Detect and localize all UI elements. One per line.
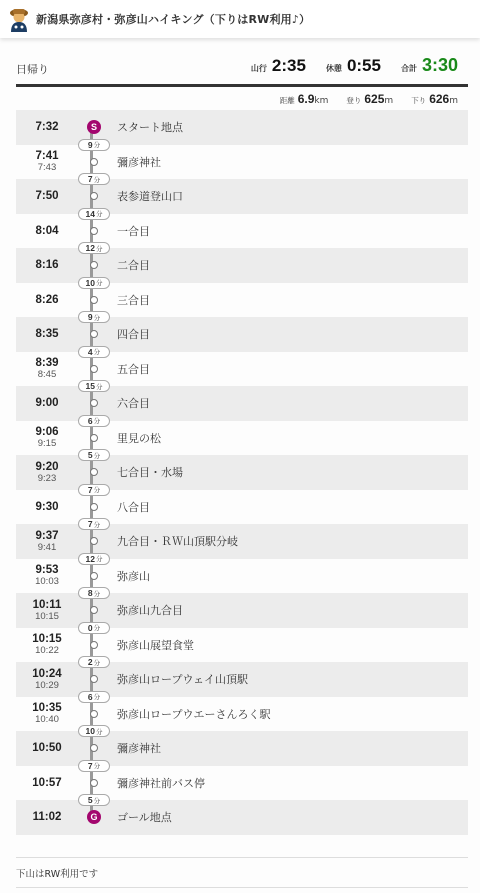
duration-unit: 分 — [94, 347, 101, 356]
ascent-value: 625 — [364, 92, 384, 106]
app-header: 新潟県弥彦村・弥彦山ハイキング（下りはRW利用♪） — [0, 0, 480, 38]
time-column: 9:379:41 — [16, 524, 78, 559]
segment-duration-badge: 15分 — [78, 380, 110, 392]
duration-unit: 分 — [94, 485, 101, 494]
arrival-time: 10:35 — [32, 702, 61, 714]
duration-unit: 分 — [96, 209, 103, 218]
waypoint-node-icon — [90, 261, 98, 269]
waypoint-name: 七合目・水場 — [117, 455, 183, 490]
page-title: 新潟県弥彦村・弥彦山ハイキング（下りはRW利用♪） — [36, 11, 310, 27]
route-stats: 距離 6.9 km 登り 625 m 下り 626 m — [280, 92, 458, 106]
duration-value: 4 — [88, 347, 93, 357]
descent-value: 626 — [429, 92, 449, 106]
waypoint-node-icon — [90, 641, 98, 649]
hiker-avatar-icon[interactable] — [8, 6, 30, 32]
duration-value: 5 — [88, 795, 93, 805]
time-column: 9:30 — [16, 490, 78, 525]
waypoint-node-icon — [90, 779, 98, 787]
arrival-time: 10:24 — [32, 668, 61, 680]
duration-value: 2 — [88, 657, 93, 667]
climb-time-value: 2:35 — [272, 56, 306, 76]
segment-duration-badge: 6分 — [78, 691, 110, 703]
duration-unit: 分 — [94, 520, 101, 529]
waypoint-node-icon — [90, 365, 98, 373]
segment-duration-badge: 2分 — [78, 656, 110, 668]
times-group: 山行 2:35 休憩 0:55 合計 3:30 — [251, 55, 458, 76]
departure-time: 10:15 — [35, 611, 59, 622]
departure-time: 10:40 — [35, 714, 59, 725]
duration-unit: 分 — [94, 761, 101, 770]
rest-time-value: 0:55 — [347, 56, 381, 76]
waypoint-name: 表参道登山口 — [117, 179, 183, 214]
arrival-time: 10:11 — [33, 599, 62, 611]
time-column: 9:209:23 — [16, 455, 78, 490]
duration-unit: 分 — [94, 175, 101, 184]
climb-time-label: 山行 — [251, 63, 267, 74]
waypoint-name: 二合目 — [117, 248, 150, 283]
duration-unit: 分 — [94, 313, 101, 322]
time-column: 8:398:45 — [16, 352, 78, 387]
duration-value: 12 — [86, 554, 95, 564]
time-column: 9:5310:03 — [16, 559, 78, 594]
duration-unit: 分 — [96, 382, 103, 391]
duration-unit: 分 — [94, 416, 101, 425]
segment-duration-badge: 12分 — [78, 553, 110, 565]
arrival-time: 8:39 — [35, 357, 58, 369]
ascent-unit: m — [384, 96, 393, 106]
segment-duration-badge: 10分 — [78, 725, 110, 737]
duration-value: 15 — [86, 381, 95, 391]
departure-time: 9:15 — [38, 438, 57, 449]
time-column: 10:2410:29 — [16, 662, 78, 697]
segment-duration-badge: 7分 — [78, 760, 110, 772]
duration-value: 8 — [88, 588, 93, 598]
arrival-time: 9:20 — [35, 461, 58, 473]
time-column: 9:069:15 — [16, 421, 78, 456]
arrival-time: 10:15 — [32, 633, 61, 645]
segment-duration-badge: 4分 — [78, 346, 110, 358]
arrival-time: 7:32 — [35, 121, 58, 133]
distance-unit: km — [314, 96, 328, 106]
segment-duration-badge: 6分 — [78, 415, 110, 427]
waypoint-name: 彌彦神社前バス停 — [117, 766, 205, 801]
segment-duration-badge: 9分 — [78, 139, 110, 151]
duration-unit: 分 — [96, 554, 103, 563]
waypoint-name: 彌彦神社 — [117, 731, 161, 766]
arrival-time: 7:50 — [35, 190, 58, 202]
segment-duration-badge: 5分 — [78, 449, 110, 461]
segment-duration-badge: 7分 — [78, 518, 110, 530]
waypoint-name: 九合目・ＲＷ山頂駅分岐 — [117, 524, 238, 559]
note-divider-top — [16, 857, 468, 858]
duration-value: 9 — [88, 140, 93, 150]
waypoint-name: 弥彦山九合目 — [117, 593, 183, 628]
arrival-time: 9:37 — [35, 530, 58, 542]
time-column: 8:16 — [16, 248, 78, 283]
time-column: 9:00 — [16, 386, 78, 421]
duration-value: 14 — [86, 209, 95, 219]
start-marker-icon: S — [87, 120, 101, 134]
waypoint-node-icon — [90, 468, 98, 476]
duration-value: 9 — [88, 312, 93, 322]
departure-time: 10:29 — [35, 680, 59, 691]
ascent-label: 登り — [346, 95, 361, 106]
route-timeline: 7:32Sスタート地点9分7:417:43彌彦神社7分7:50表参道登山口14分… — [16, 110, 468, 835]
goal-marker-icon: G — [87, 810, 101, 824]
arrival-time: 10:57 — [32, 777, 61, 789]
waypoint-name: 弥彦山 — [117, 559, 150, 594]
waypoint-node-icon — [90, 710, 98, 718]
waypoint-node-icon — [90, 227, 98, 235]
departure-time: 10:03 — [35, 576, 59, 587]
arrival-time: 8:16 — [35, 259, 58, 271]
segment-duration-badge: 7分 — [78, 484, 110, 496]
duration-unit: 分 — [96, 727, 103, 736]
time-column: 10:1510:22 — [16, 628, 78, 663]
arrival-time: 8:35 — [35, 328, 58, 340]
duration-value: 5 — [88, 450, 93, 460]
waypoint-node-icon — [90, 606, 98, 614]
duration-value: 7 — [88, 174, 93, 184]
total-time-label: 合計 — [401, 63, 417, 74]
duration-value: 12 — [86, 243, 95, 253]
segment-duration-badge: 9分 — [78, 311, 110, 323]
time-column: 8:04 — [16, 214, 78, 249]
distance-value: 6.9 — [298, 92, 315, 106]
duration-value: 7 — [88, 519, 93, 529]
arrival-time: 8:04 — [35, 225, 58, 237]
waypoint-node-icon — [90, 572, 98, 580]
duration-unit: 分 — [96, 278, 103, 287]
arrival-time: 10:50 — [32, 742, 61, 754]
duration-unit: 分 — [94, 692, 101, 701]
descent-unit: m — [449, 96, 458, 106]
waypoint-name: 四合目 — [117, 317, 150, 352]
duration-value: 7 — [88, 485, 93, 495]
waypoint-node-icon — [90, 192, 98, 200]
departure-time: 9:23 — [38, 473, 57, 484]
departure-time: 8:45 — [38, 369, 57, 380]
duration-unit: 分 — [94, 451, 101, 460]
segment-duration-badge: 12分 — [78, 242, 110, 254]
total-time-value: 3:30 — [422, 55, 458, 76]
waypoint-node-icon — [90, 434, 98, 442]
time-column: 8:35 — [16, 317, 78, 352]
time-column: 8:26 — [16, 283, 78, 318]
waypoint-name: 彌彦神社 — [117, 145, 161, 180]
time-column: 10:57 — [16, 766, 78, 801]
waypoint-name: ゴール地点 — [117, 800, 172, 835]
segment-duration-badge: 14分 — [78, 208, 110, 220]
rest-time-label: 休憩 — [326, 63, 342, 74]
segment-duration-badge: 8分 — [78, 587, 110, 599]
distance-label: 距離 — [280, 95, 295, 106]
time-column: 10:50 — [16, 731, 78, 766]
duration-value: 0 — [88, 623, 93, 633]
departure-time: 7:43 — [38, 162, 57, 173]
waypoint-name: 弥彦山ロープウェイ山頂駅 — [117, 662, 248, 697]
duration-unit: 分 — [94, 140, 101, 149]
waypoint-node-icon — [90, 330, 98, 338]
time-column: 7:417:43 — [16, 145, 78, 180]
arrival-time: 11:02 — [33, 811, 62, 823]
waypoint-node-icon — [90, 744, 98, 752]
arrival-time: 9:00 — [35, 397, 58, 409]
duration-unit: 分 — [94, 589, 101, 598]
waypoint-name: 一合目 — [117, 214, 150, 249]
departure-time: 10:22 — [35, 645, 59, 656]
route-point-row[interactable]: 7:32Sスタート地点9分 — [16, 110, 468, 145]
arrival-time: 8:26 — [35, 294, 58, 306]
waypoint-node-icon — [90, 158, 98, 166]
arrival-time: 9:30 — [35, 501, 58, 513]
waypoint-name: 三合目 — [117, 283, 150, 318]
waypoint-name: 弥彦山ロープウエーさんろく駅 — [117, 697, 270, 732]
time-column: 7:32 — [16, 110, 78, 145]
arrival-time: 7:41 — [35, 150, 58, 162]
segment-duration-badge: 10分 — [78, 277, 110, 289]
waypoint-name: スタート地点 — [117, 110, 183, 145]
note-divider-bottom — [16, 887, 468, 888]
arrival-time: 9:53 — [35, 564, 58, 576]
waypoint-name: 六合目 — [117, 386, 150, 421]
duration-value: 6 — [88, 692, 93, 702]
trip-type-label: 日帰り — [16, 61, 49, 77]
waypoint-node-icon — [90, 503, 98, 511]
segment-duration-badge: 5分 — [78, 794, 110, 806]
time-column: 7:50 — [16, 179, 78, 214]
waypoint-name: 八合目 — [117, 490, 150, 525]
duration-unit: 分 — [94, 658, 101, 667]
duration-value: 10 — [86, 278, 95, 288]
waypoint-node-icon — [90, 296, 98, 304]
waypoint-name: 弥彦山展望食堂 — [117, 628, 194, 663]
departure-time: 9:41 — [38, 542, 57, 553]
descent-label: 下り — [411, 95, 426, 106]
segment-duration-badge: 7分 — [78, 173, 110, 185]
waypoint-node-icon — [90, 399, 98, 407]
route-note: 下山はRW利用です — [16, 866, 98, 880]
time-column: 10:1110:15 — [16, 593, 78, 628]
duration-value: 6 — [88, 416, 93, 426]
duration-unit: 分 — [94, 796, 101, 805]
time-column: 11:02 — [16, 800, 78, 835]
summary-divider — [16, 84, 468, 87]
duration-value: 10 — [86, 726, 95, 736]
duration-value: 7 — [88, 761, 93, 771]
duration-unit: 分 — [96, 244, 103, 253]
duration-unit: 分 — [94, 623, 101, 632]
waypoint-node-icon — [90, 675, 98, 683]
time-column: 10:3510:40 — [16, 697, 78, 732]
waypoint-node-icon — [90, 537, 98, 545]
waypoint-name: 里見の松 — [117, 421, 161, 456]
segment-duration-badge: 0分 — [78, 622, 110, 634]
waypoint-name: 五合目 — [117, 352, 150, 387]
arrival-time: 9:06 — [35, 426, 58, 438]
time-summary: 日帰り 山行 2:35 休憩 0:55 合計 3:30 — [16, 52, 468, 82]
